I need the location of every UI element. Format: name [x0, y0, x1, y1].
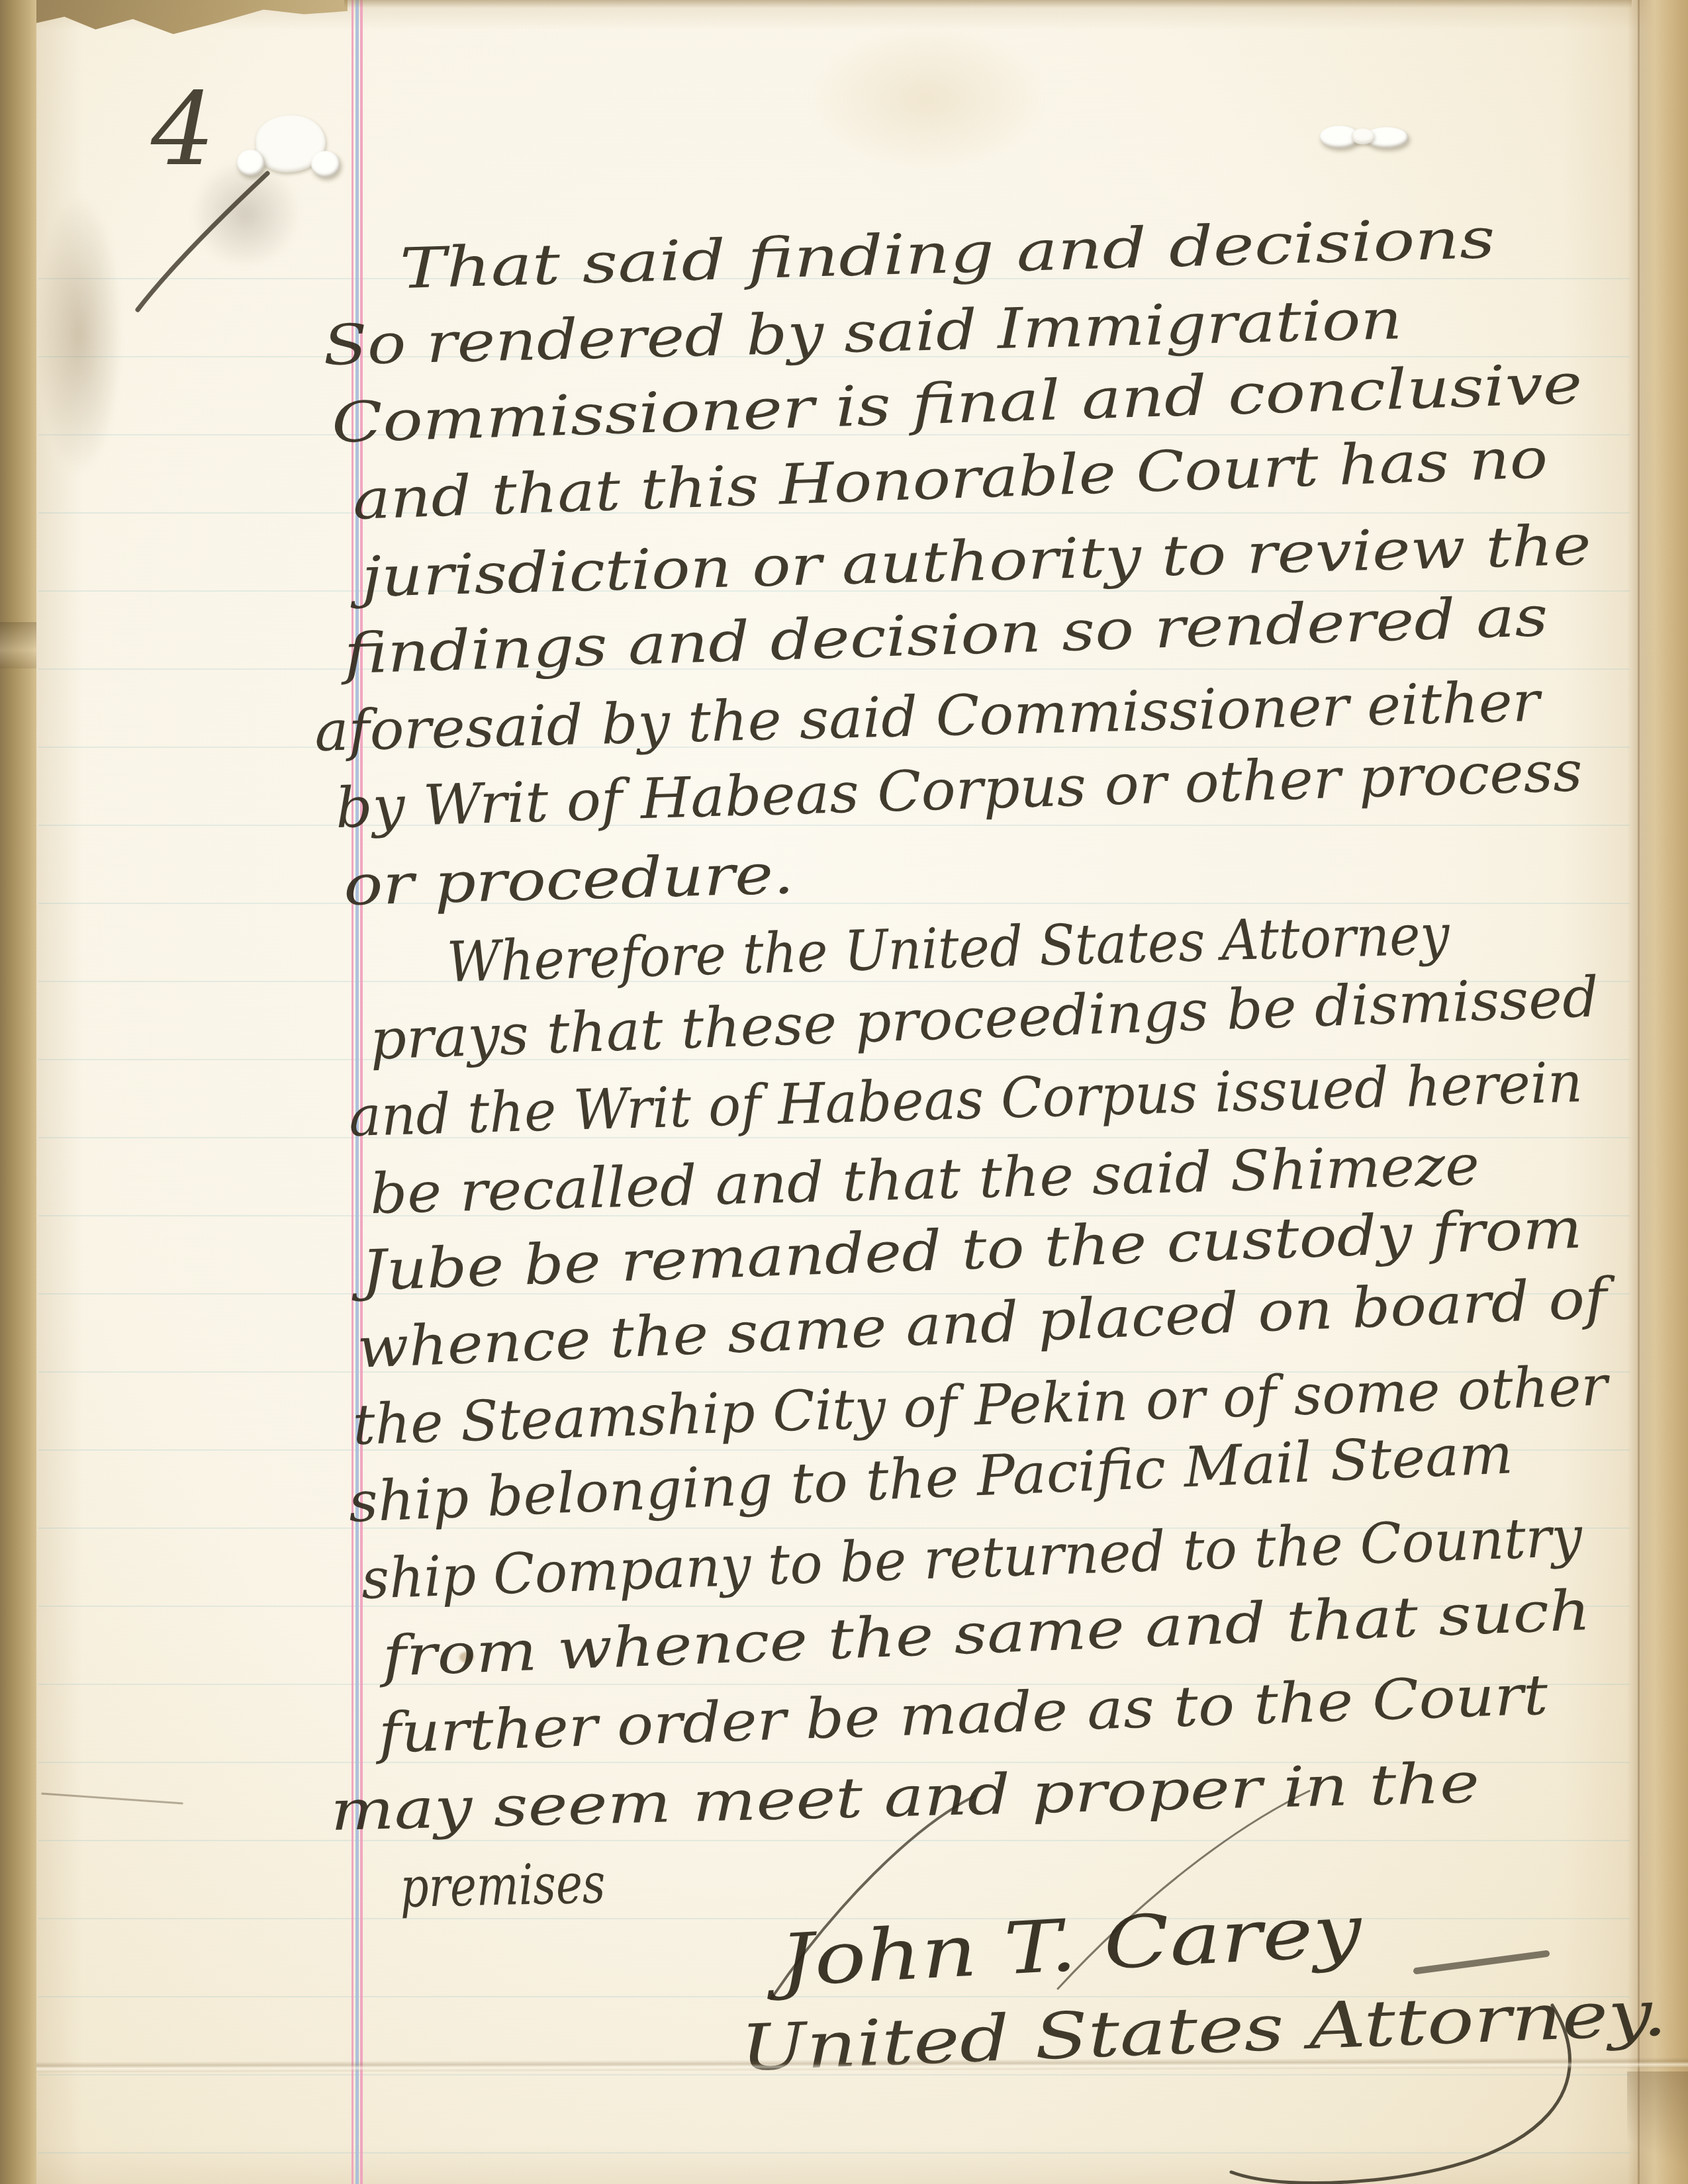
handwritten-line: premises: [399, 1851, 606, 1920]
signature-flourish: [1417, 1954, 1546, 1971]
page-number: 4: [150, 71, 215, 188]
handwriting-svg: 4 That said finding and decisionsSo rend…: [0, 0, 1688, 2184]
scanned-page: 4 That said finding and decisionsSo rend…: [0, 0, 1688, 2184]
handwritten-line: or procedure.: [343, 841, 794, 918]
page-number-underline: [138, 173, 267, 310]
handwritten-line: That said finding and decisions: [399, 206, 1496, 301]
handwritten-line: may seem meet and proper in the: [330, 1751, 1480, 1843]
signature-name: John T. Carey: [763, 1889, 1366, 2003]
handwriting-body: That said finding and decisionsSo render…: [314, 206, 1617, 1920]
